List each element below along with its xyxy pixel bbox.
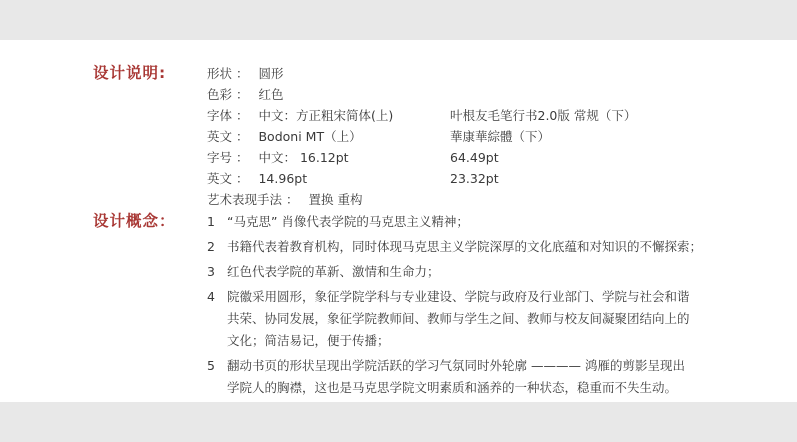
spec-row-size-cn: 字号 ：中文： 16.12pt 64.49pt (207, 147, 797, 168)
concept-item-3: 3 红色代表学院的革新、激情和生命力； (207, 261, 777, 283)
spec-label: 字体 ： (207, 108, 248, 123)
concept-item-text: 翻动书页的形状呈现出学院活跃的学习气氛同时外轮廓 ———— 鸿雁的剪影呈现出 (227, 355, 777, 377)
spec-label: 形状 ： (207, 66, 248, 81)
design-spec-section: 设计说明: 形状 ：圆形 色彩 ：红色 字体 ：中文：方正粗宋简体(上) 叶根友… (0, 63, 797, 210)
design-spec-rows: 形状 ：圆形 色彩 ：红色 字体 ：中文：方正粗宋简体(上) 叶根友毛笔行书2.… (207, 63, 797, 210)
spec-value: 中文：方正粗宋简体(上) (258, 108, 393, 123)
spec-row-color: 色彩 ：红色 (207, 84, 797, 105)
spec-right-value: 叶根友毛笔行书2.0版 常规（下） (450, 105, 797, 126)
spec-row-size-en: 英文 ：14.96pt 23.32pt (207, 168, 797, 189)
concept-item-number: 3 (207, 261, 227, 283)
spec-row-shape: 形状 ：圆形 (207, 63, 797, 84)
concept-item-text: 文化；简洁易记，便于传播； (227, 330, 777, 352)
spec-value: 红色 (258, 87, 283, 102)
design-concept-heading: 设计概念： (93, 211, 207, 232)
concept-item-text: 院徽采用圆形，象征学院学科与专业建设、学院与政府及行业部门、学院与社会和谐 (227, 286, 777, 308)
spec-label: 字号 ： (207, 150, 248, 165)
spec-right-value (450, 189, 797, 210)
spec-value: 14.96pt (258, 171, 307, 186)
concept-item-text: 学院人的胸襟，这也是马克思学院文明素质和涵养的一种状态，稳重而不失生动。 (227, 377, 777, 399)
top-gray-bar (0, 0, 797, 40)
spec-value: 中文： 16.12pt (258, 150, 348, 165)
spec-right-value: 64.49pt (450, 147, 797, 168)
concept-item-5: 5 翻动书页的形状呈现出学院活跃的学习气氛同时外轮廓 ———— 鸿雁的剪影呈现出… (207, 355, 777, 399)
spec-right-value (450, 84, 797, 105)
bottom-gray-bar (0, 402, 797, 442)
spec-right-value: 華康華綜體（下） (450, 126, 797, 147)
spec-right-value: 23.32pt (450, 168, 797, 189)
design-concept-section: 设计概念： 1 “马克思” 肖像代表学院的马克思主义精神； 2 书籍代表着教育机… (0, 211, 797, 402)
concept-item-text: “马克思” 肖像代表学院的马克思主义精神； (227, 211, 777, 233)
concept-item-2: 2 书籍代表着教育机构，同时体现马克思主义学院深厚的文化底蕴和对知识的不懈探索； (207, 236, 777, 258)
concept-item-number: 1 (207, 211, 227, 233)
concept-item-4: 4 院徽采用圆形，象征学院学科与专业建设、学院与政府及行业部门、学院与社会和谐 … (207, 286, 777, 352)
spec-value: 置换 重构 (308, 192, 362, 207)
concept-item-number: 2 (207, 236, 227, 258)
spec-row-technique: 艺术表现手法 ：置换 重构 (207, 189, 797, 210)
spec-label: 艺术表现手法 ： (207, 192, 298, 207)
concept-item-number: 5 (207, 355, 227, 399)
spec-row-font-en: 英文 ：Bodoni MT（上） 華康華綜體（下） (207, 126, 797, 147)
spec-right-value (450, 63, 797, 84)
design-concept-items: 1 “马克思” 肖像代表学院的马克思主义精神； 2 书籍代表着教育机构，同时体现… (207, 211, 797, 402)
spec-label: 英文 ： (207, 129, 248, 144)
spec-value: 圆形 (258, 66, 283, 81)
concept-item-text: 共荣、协同发展，象征学院教师间、教师与学生之间、教师与校友间凝聚团结向上的 (227, 308, 777, 330)
concept-item-number: 4 (207, 286, 227, 352)
concept-item-text: 书籍代表着教育机构，同时体现马克思主义学院深厚的文化底蕴和对知识的不懈探索； (227, 236, 777, 258)
concept-item-1: 1 “马克思” 肖像代表学院的马克思主义精神； (207, 211, 777, 233)
spec-value: Bodoni MT（上） (258, 129, 361, 144)
concept-item-text: 红色代表学院的革新、激情和生命力； (227, 261, 777, 283)
spec-row-font-cn: 字体 ：中文：方正粗宋简体(上) 叶根友毛笔行书2.0版 常规（下） (207, 105, 797, 126)
spec-label: 英文 ： (207, 171, 248, 186)
design-spec-heading: 设计说明: (93, 63, 207, 84)
spec-label: 色彩 ： (207, 87, 248, 102)
